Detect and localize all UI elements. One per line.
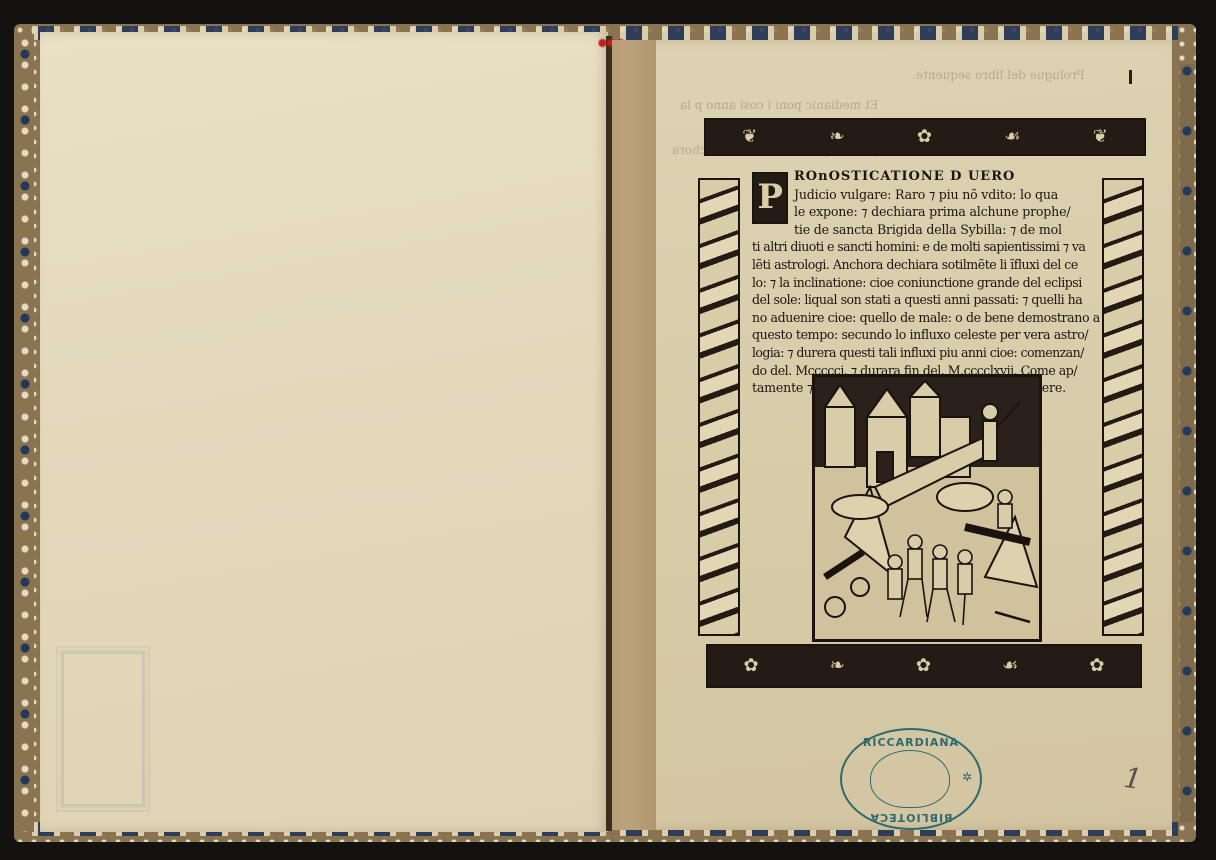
text-line: no aduenire cioe: quello de male: o de b… xyxy=(752,309,1094,327)
ornamental-band-bottom: ✿ ❧ ✿ ☙ ✿ xyxy=(706,644,1142,688)
leaf-ornament-icon: ❧ xyxy=(830,657,845,675)
woodcut-illustration xyxy=(812,374,1042,642)
show-through-header: Prolugue del libro sequente. xyxy=(912,68,1085,83)
stamp-top-text: RICCARDIANA xyxy=(842,736,980,749)
flower-ornament-icon: ✿ xyxy=(1089,657,1104,675)
text-line: lẽti astrologi. Anchora dechiara sotilmẽ… xyxy=(752,256,1094,274)
left-endpaper xyxy=(40,32,608,832)
offset-frame-ghost xyxy=(62,652,144,806)
flower-ornament-icon: ✿ xyxy=(916,657,931,675)
flower-ornament-icon: ✿ xyxy=(917,128,932,146)
tulip-ornament-icon: ❦ xyxy=(1093,128,1108,146)
stamp-star-icon: ✲ xyxy=(962,770,972,784)
library-stamp: RICCARDIANA ✲ BIBLIOTECA xyxy=(840,728,982,830)
title-heading: ROnOSTICATIONE D UERO xyxy=(752,168,1094,186)
text-line: le expone: ⁊ dechiara prima alchune prop… xyxy=(752,203,1094,221)
leaf-ornament-icon: ☙ xyxy=(1004,128,1020,146)
ornamental-band-top: ❦ ❧ ✿ ☙ ❦ xyxy=(704,118,1146,156)
text-line: logia: ⁊ durera questi tali influxi piu … xyxy=(752,344,1094,362)
text-line: del sole: liqual son stati a questi anni… xyxy=(752,291,1094,309)
paper-repair-strip xyxy=(612,40,656,830)
cover-pattern-right xyxy=(1180,64,1194,822)
twisted-column-right xyxy=(1102,178,1144,636)
text-line: tie de sancta Brigida della Sybilla: ⁊ d… xyxy=(752,221,1094,239)
cover-pattern-left xyxy=(16,34,34,832)
flower-ornament-icon: ✿ xyxy=(744,657,759,675)
text-line: Judicio vulgare: Raro ⁊ piu nõ vdito: lo… xyxy=(752,186,1094,204)
title-page: Et medianic poni i cosi anno p la passat… xyxy=(612,40,1172,830)
pencil-mark: 1 xyxy=(1122,761,1144,796)
drop-cap: P xyxy=(752,172,788,224)
text-line: lo: ⁊ la inclinatione: cioe coniunctione… xyxy=(752,274,1094,292)
leaf-ornament-icon: ☙ xyxy=(1002,657,1018,675)
stamp-bottom-text: BIBLIOTECA xyxy=(842,811,980,824)
tulip-ornament-icon: ❦ xyxy=(742,128,757,146)
title-text-block: P ROnOSTICATIONE D UERO Judicio vulgare:… xyxy=(752,168,1094,397)
twisted-column-left xyxy=(698,178,740,636)
text-line: questo tempo: secundo lo influxo celeste… xyxy=(752,326,1094,344)
folio-mark xyxy=(1129,70,1132,84)
show-through-line: Et medianic poni i cosi anno p la xyxy=(672,98,878,113)
text-line: ti altri diuoti e sancti homini: e de mo… xyxy=(752,238,1094,256)
stamp-crest-icon xyxy=(870,750,950,808)
siege-scene-icon xyxy=(815,377,1039,639)
leaf-ornament-icon: ❧ xyxy=(830,128,845,146)
